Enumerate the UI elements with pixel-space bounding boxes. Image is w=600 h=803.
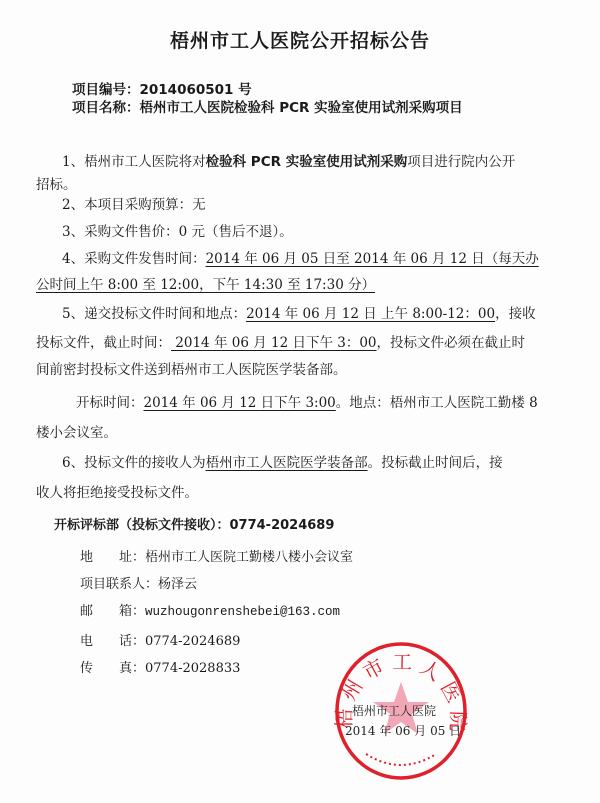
signature-date: 2014 年 06 月 05 日 [345,722,461,739]
email-label: 邮 箱： [80,604,145,619]
document-page: 梧州市工人医院公开招标公告 项目编号：2014060501 号 项目名称：梧州市… [0,0,600,803]
signature-org: 梧州市工人医院 [352,702,436,719]
opening-datetime: 2014 年 06 月 12 日下午 3:00 [144,395,336,411]
contact-email: 邮 箱：wuzhougonrenshebei@163.com [80,600,340,619]
item-6-prefix: 6、投标文件的接收人为 [62,455,206,471]
item-6-cont: 收人将拒绝接受投标文件。 [36,481,198,501]
item-5-line2-prefix: 投标文件，截止时间： [36,335,171,351]
opening-cont: 楼小会议室。 [36,421,117,441]
phone-value: 0774-2024689 [145,634,240,649]
item-6-suffix: 。投标截止时间后，接 [368,455,503,471]
item-3: 3、采购文件售价：0 元（售后不退）。 [62,220,293,240]
contact-person: 项目联系人：杨泽云 [80,573,197,592]
item-5-deadline: 2014 年 06 月 12 日下午 3：00 [171,335,377,351]
project-name: 项目名称：梧州市工人医院检验科 PCR 实验室使用试剂采购项目 [72,96,463,116]
item-5-line2-suffix: ，投标文件必须在截止时 [377,335,526,351]
item-2: 2、本项目采购预算：无 [62,193,206,213]
item-5-time: 2014 年 06 月 12 日 上午 8:00-12：00 [246,306,495,322]
contact-fax: 传 真：0774-2028833 [80,657,240,676]
item-6-receiver: 梧州市工人医院医学装备部 [206,455,368,471]
fax-label: 传 真： [80,661,145,676]
opening-suffix: 。地点：梧州市工人医院工勤楼 8 [336,395,538,411]
page-title: 梧州市工人医院公开招标公告 [0,26,600,53]
opening-time: 开标时间：2014 年 06 月 12 日下午 3:00。地点：梧州市工人医院工… [76,391,538,411]
item-4: 4、采购文件发售时间：2014 年 06 月 05 日至 2014 年 06 月… [62,247,539,267]
item-4-prefix: 4、采购文件发售时间： [62,251,206,267]
item-5: 5、递交投标文件时间和地点：2014 年 06 月 12 日 上午 8:00-1… [62,302,536,322]
phone-label: 电 话： [80,634,145,649]
contact-phone: 电 话：0774-2024689 [80,630,240,649]
project-number: 项目编号：2014060501 号 [72,78,252,98]
person-label: 项目联系人： [80,577,158,592]
address-value: 梧州市工人医院工勤楼八楼小会议室 [145,550,353,565]
item-5-line3: 间前密封投标文件送到梧州市工人医院医学装备部。 [36,358,347,378]
contact-address: 地 址：梧州市工人医院工勤楼八楼小会议室 [80,546,353,565]
item-5-prefix: 5、递交投标文件时间和地点： [62,306,246,322]
opening-prefix: 开标时间： [76,395,144,411]
address-label: 地 址： [80,550,145,565]
item-5-line2: 投标文件，截止时间： 2014 年 06 月 12 日下午 3：00，投标文件必… [36,331,525,351]
fax-value: 0774-2028833 [145,661,240,676]
item-5-suffix: ，接收 [495,306,536,322]
email-value[interactable]: wuzhougonrenshebei@163.com [145,605,340,619]
project-name-value: 梧州市工人医院检验科 PCR 实验室使用试剂采购项目 [140,100,463,116]
item-4-dates: 2014 年 06 月 05 日至 2014 年 06 月 12 日（每天办 [206,251,539,267]
item-4-cont: 公时间上午 8:00 至 12:00，下午 14:30 至 17:30 分） [36,273,375,293]
item-1-cont: 招标。 [36,173,77,193]
item-1-prefix: 1、梧州市工人医院将对 [62,154,206,170]
project-name-label: 项目名称： [72,100,140,116]
item-6: 6、投标文件的接收人为梧州市工人医院医学装备部。投标截止时间后，接 [62,451,503,471]
item-1: 1、梧州市工人医院将对检验科 PCR 实验室使用试剂采购项目进行院内公开 [62,150,515,170]
item-1-bold: 检验科 PCR 实验室使用试剂采购 [206,154,408,170]
contact-dept: 开标评标部（投标文件接收）：0774-2024689 [54,514,334,533]
person-value: 杨泽云 [158,577,197,592]
item-1-suffix: 项目进行院内公开 [407,154,515,170]
